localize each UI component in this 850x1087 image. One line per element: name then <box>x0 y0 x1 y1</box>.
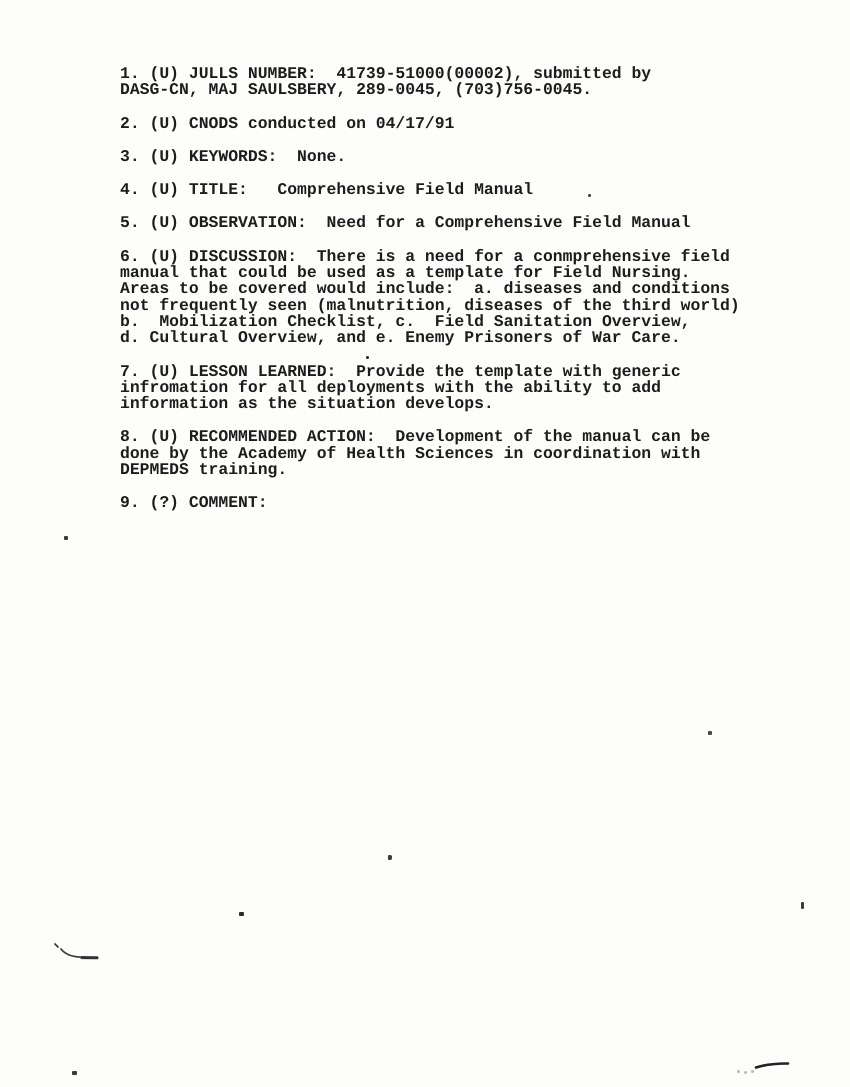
document-text: 1. (U) JULLS NUMBER: 41739-51000(00002),… <box>120 66 810 529</box>
scan-speck-apostrophe <box>388 855 392 860</box>
scan-speck-above-provide <box>366 356 369 359</box>
scan-speck-mid-right <box>708 731 712 735</box>
section-cnods: 2. (U) CNODS conducted on 04/17/91 <box>120 116 810 132</box>
section-lesson-learned: 7. (U) LESSON LEARNED: Provide the templ… <box>120 364 810 413</box>
section-keywords: 3. (U) KEYWORDS: None. <box>120 149 810 165</box>
pen-dash-mark <box>754 1059 792 1071</box>
scan-speck-left-margin <box>64 536 68 540</box>
scan-speck-after-title <box>588 194 591 197</box>
scan-speck-bottom-right-2 <box>744 1071 747 1074</box>
section-comment: 9. (?) COMMENT: <box>120 495 810 511</box>
scan-speck-bottom-left <box>72 1071 77 1075</box>
section-julls-number: 1. (U) JULLS NUMBER: 41739-51000(00002),… <box>120 66 810 99</box>
section-recommended-action: 8. (U) RECOMMENDED ACTION: Development o… <box>120 429 810 478</box>
scanned-document-page: 1. (U) JULLS NUMBER: 41739-51000(00002),… <box>0 0 850 1087</box>
scan-speck-right-tick <box>801 902 804 909</box>
section-discussion: 6. (U) DISCUSSION: There is a need for a… <box>120 249 810 347</box>
handwritten-squiggle-mark <box>52 941 104 961</box>
section-title: 4. (U) TITLE: Comprehensive Field Manual <box>120 182 810 198</box>
scan-speck-bottom-right-1 <box>737 1070 740 1073</box>
scan-speck-center-low <box>239 912 244 916</box>
section-observation: 5. (U) OBSERVATION: Need for a Comprehen… <box>120 215 810 231</box>
